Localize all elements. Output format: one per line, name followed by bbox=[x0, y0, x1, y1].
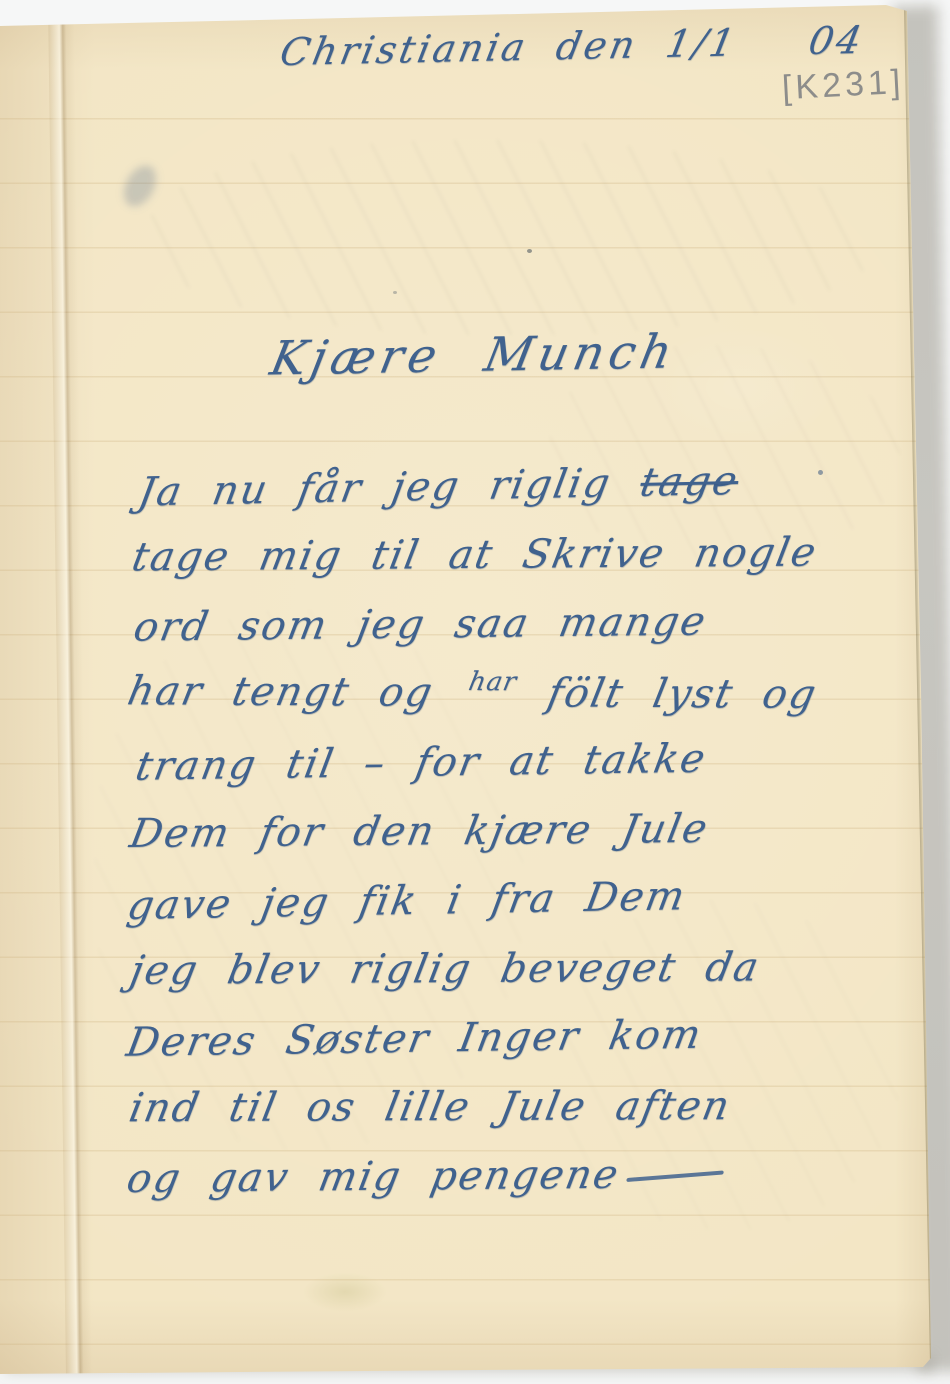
letter-line: Ja nu får jeg riglig tage bbox=[133, 446, 825, 528]
letter-line: har tengt og har fölt lyst og bbox=[121, 657, 823, 730]
struck-word: tage bbox=[637, 458, 743, 506]
salutation: Kjære Munch bbox=[266, 324, 682, 386]
line-text: Ja nu får jeg riglig bbox=[135, 460, 615, 515]
line-text: gave jeg fik i fra Dem bbox=[124, 873, 690, 929]
letter-line: jeg blev riglig beveget da bbox=[124, 933, 824, 1006]
ink-speck bbox=[527, 249, 532, 253]
line-text: har tengt og bbox=[124, 668, 438, 716]
line-text: jeg blev riglig beveget da bbox=[126, 945, 764, 994]
line-text: Deres Søster Inger kom bbox=[123, 1012, 706, 1066]
letter-line: Deres Søster Inger kom bbox=[121, 999, 824, 1078]
archival-mark: [K231] bbox=[781, 63, 905, 108]
paper-sheet: Christiania den 1/104 [K231] Kjære Munch… bbox=[0, 0, 950, 1384]
letter-line: tage mig til at Skrive nogle bbox=[126, 519, 824, 593]
letter-line: ind til os lille Jule aften bbox=[123, 1072, 824, 1143]
dateline-year: 04 bbox=[805, 18, 868, 63]
line-text: ind til os lille Jule aften bbox=[125, 1083, 734, 1131]
line-text: tage mig til at Skrive nogle bbox=[128, 530, 821, 581]
scan-background: Christiania den 1/104 [K231] Kjære Munch… bbox=[0, 0, 950, 1384]
line-text: fölt lyst og bbox=[544, 670, 822, 717]
inserted-word: har bbox=[466, 667, 520, 697]
letter-line: ord som jeg saa mange bbox=[128, 586, 824, 662]
letter-line: Dem for den kjære Jule bbox=[124, 794, 824, 869]
line-text: Dem for den kjære Jule bbox=[126, 806, 712, 857]
line-text: ord som jeg saa mange bbox=[130, 599, 711, 651]
ink-speck bbox=[393, 291, 397, 294]
line-text: og gav mig pengene bbox=[123, 1152, 623, 1202]
letter-body: Ja nu får jeg riglig tage tage mig til a… bbox=[128, 452, 817, 1211]
letter-line: trang til – for at takke bbox=[130, 723, 824, 801]
letter-line: gave jeg fik i fra Dem bbox=[122, 860, 824, 941]
pen-flourish bbox=[626, 1170, 724, 1182]
letter-line: og gav mig pengene bbox=[121, 1139, 824, 1214]
line-text: trang til – for at takke bbox=[132, 736, 710, 790]
